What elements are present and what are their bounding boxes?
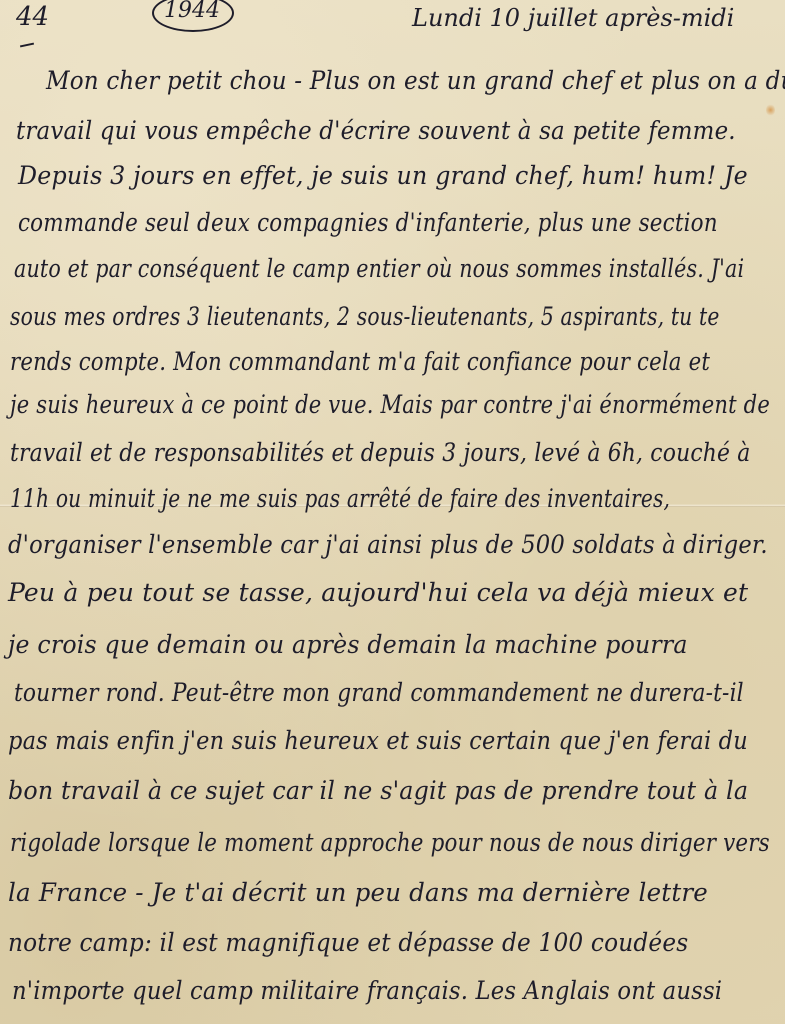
letter-line: rigolade lorsque le moment approche pour… [10,830,770,855]
letter-line: je suis heureux à ce point de vue. Mais … [10,392,770,417]
letter-line: commande seul deux compagnies d'infanter… [18,210,718,235]
letter-line: Depuis 3 jours en effet, je suis un gran… [18,163,748,188]
letter-line: travail et de responsabilités et depuis … [10,440,750,465]
date-line: Lundi 10 juillet après-midi [412,6,734,30]
circled-year: 1944 [152,0,234,32]
letter-line: je crois que demain ou après demain la m… [8,632,688,657]
letter-line: d'organiser l'ensemble car j'ai ainsi pl… [8,532,768,557]
letter-line: rends compte. Mon commandant m'a fait co… [10,349,710,374]
letter-line: travail qui vous empêche d'écrire souven… [16,118,736,143]
letter-line: 11h ou minuit je ne me suis pas arrêté d… [10,486,670,511]
letter-line: n'importe quel camp militaire français. … [12,978,722,1003]
letter-line: Mon cher petit chou - Plus on est un gra… [46,68,785,93]
letter-line: bon travail à ce sujet car il ne s'agit … [8,778,748,803]
margin-mark [20,43,34,48]
letter-line: Peu à peu tout se tasse, aujourd'hui cel… [8,580,748,605]
letter-line: pas mais enfin j'en suis heureux et suis… [8,728,748,753]
letter-line: la France - Je t'ai décrit un peu dans m… [8,880,708,905]
letter-line: sous mes ordres 3 lieutenants, 2 sous-li… [10,304,720,329]
letter-line: auto et par conséquent le camp entier où… [14,256,744,281]
paper-stain [766,104,775,116]
page-number: 44 [16,4,49,30]
letter-page: 44 1944 Lundi 10 juillet après-midi Mon … [0,0,785,1024]
letter-line: tourner rond. Peut-être mon grand comman… [14,680,744,705]
letter-line: notre camp: il est magnifique et dépasse… [8,930,688,955]
